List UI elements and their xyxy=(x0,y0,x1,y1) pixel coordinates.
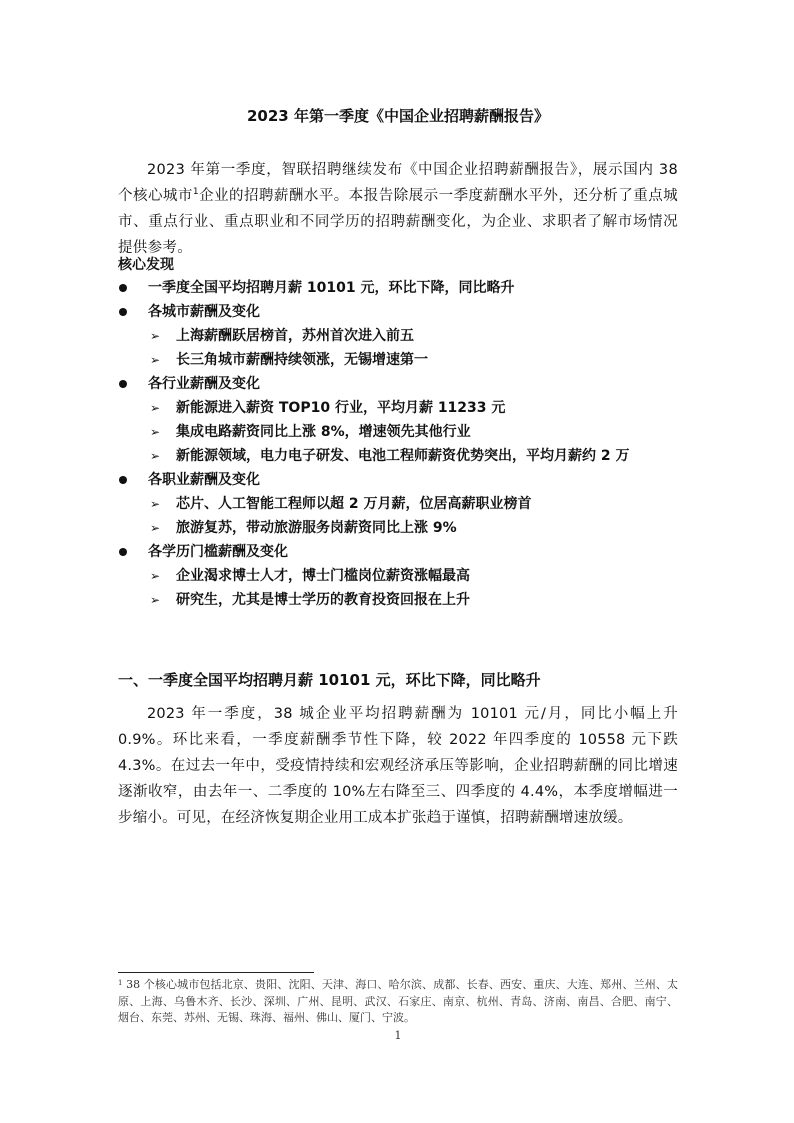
bullet-icon xyxy=(119,548,127,556)
finding-subtext: 芯片、人工智能工程师以超 2 万月薪，位居高薪职业榜首 xyxy=(176,492,532,516)
section-1-paragraph: 2023 年一季度，38 城企业平均招聘薪酬为 10101 元/月，同比小幅上升… xyxy=(118,701,678,831)
finding-text: 各行业薪酬及变化 xyxy=(148,372,260,396)
arrow-bullet-icon: ➢ xyxy=(150,420,160,444)
finding-subtext: 研究生，尤其是博士学历的教育投资回报在上升 xyxy=(176,588,470,612)
footnote: 1 38 个核心城市包括北京、贵阳、沈阳、天津、海口、哈尔滨、成都、长春、西安、… xyxy=(118,977,678,1027)
finding-subitem: ➢ 新能源进入薪资 TOP10 行业，平均月薪 11233 元 xyxy=(118,396,678,420)
bullet-icon xyxy=(119,380,127,388)
finding-subtext: 旅游复苏，带动旅游服务岗薪资同比上涨 9% xyxy=(176,516,457,540)
finding-text: 各学历门槛薪酬及变化 xyxy=(148,540,288,564)
intro-paragraph: 2023 年第一季度，智联招聘继续发布《中国企业招聘薪酬报告》，展示国内 38 … xyxy=(118,157,678,261)
section-1-heading: 一、一季度全国平均招聘月薪 10101 元，环比下降，同比略升 xyxy=(118,669,541,690)
core-findings-list: 一季度全国平均招聘月薪 10101 元，环比下降，同比略升 各城市薪酬及变化 ➢… xyxy=(118,276,678,612)
finding-subitem: ➢ 集成电路薪资同比上涨 8%，增速领先其他行业 xyxy=(118,420,678,444)
arrow-bullet-icon: ➢ xyxy=(150,564,160,588)
arrow-bullet-icon: ➢ xyxy=(150,444,160,468)
finding-subtext: 新能源领域，电力电子研发、电池工程师薪资优势突出，平均月薪约 2 万 xyxy=(176,444,630,468)
page-number: 1 xyxy=(118,1029,678,1042)
finding-subtext: 集成电路薪资同比上涨 8%，增速领先其他行业 xyxy=(176,420,471,444)
arrow-bullet-icon: ➢ xyxy=(150,348,160,372)
document-title: 2023 年第一季度《中国企业招聘薪酬报告》 xyxy=(118,105,678,126)
bullet-icon xyxy=(119,476,127,484)
core-findings-heading: 核心发现 xyxy=(118,254,174,274)
finding-item: 各城市薪酬及变化 xyxy=(118,300,678,324)
finding-item: 各职业薪酬及变化 xyxy=(118,468,678,492)
footnote-divider xyxy=(118,972,314,973)
finding-subtext: 上海薪酬跃居榜首，苏州首次进入前五 xyxy=(176,324,414,348)
finding-text: 一季度全国平均招聘月薪 10101 元，环比下降，同比略升 xyxy=(148,276,514,300)
intro-text-part2: 企业的招聘薪酬水平。本报告除展示一季度薪酬水平外，还分析了重点城市、重点行业、重… xyxy=(118,188,678,256)
finding-subitem: ➢ 企业渴求博士人才，博士门槛岗位薪资涨幅最高 xyxy=(118,564,678,588)
arrow-bullet-icon: ➢ xyxy=(150,516,160,540)
finding-subtext: 长三角城市薪酬持续领涨，无锡增速第一 xyxy=(176,348,428,372)
arrow-bullet-icon: ➢ xyxy=(150,492,160,516)
finding-subtext: 新能源进入薪资 TOP10 行业，平均月薪 11233 元 xyxy=(176,396,505,420)
arrow-bullet-icon: ➢ xyxy=(150,588,160,612)
finding-subitem: ➢ 旅游复苏，带动旅游服务岗薪资同比上涨 9% xyxy=(118,516,678,540)
arrow-bullet-icon: ➢ xyxy=(150,396,160,420)
finding-text: 各城市薪酬及变化 xyxy=(148,300,260,324)
footnote-text: 38 个核心城市包括北京、贵阳、沈阳、天津、海口、哈尔滨、成都、长春、西安、重庆… xyxy=(118,978,678,1024)
finding-subitem: ➢ 芯片、人工智能工程师以超 2 万月薪，位居高薪职业榜首 xyxy=(118,492,678,516)
finding-subitem: ➢ 长三角城市薪酬持续领涨，无锡增速第一 xyxy=(118,348,678,372)
finding-subitem: ➢ 研究生，尤其是博士学历的教育投资回报在上升 xyxy=(118,588,678,612)
finding-text: 各职业薪酬及变化 xyxy=(148,468,260,492)
finding-subtext: 企业渴求博士人才，博士门槛岗位薪资涨幅最高 xyxy=(176,564,470,588)
bullet-icon xyxy=(119,284,127,292)
finding-item: 各行业薪酬及变化 xyxy=(118,372,678,396)
finding-item: 各学历门槛薪酬及变化 xyxy=(118,540,678,564)
finding-subitem: ➢ 新能源领域，电力电子研发、电池工程师薪资优势突出，平均月薪约 2 万 xyxy=(118,444,678,468)
finding-item: 一季度全国平均招聘月薪 10101 元，环比下降，同比略升 xyxy=(118,276,678,300)
finding-subitem: ➢ 上海薪酬跃居榜首，苏州首次进入前五 xyxy=(118,324,678,348)
bullet-icon xyxy=(119,308,127,316)
arrow-bullet-icon: ➢ xyxy=(150,324,160,348)
